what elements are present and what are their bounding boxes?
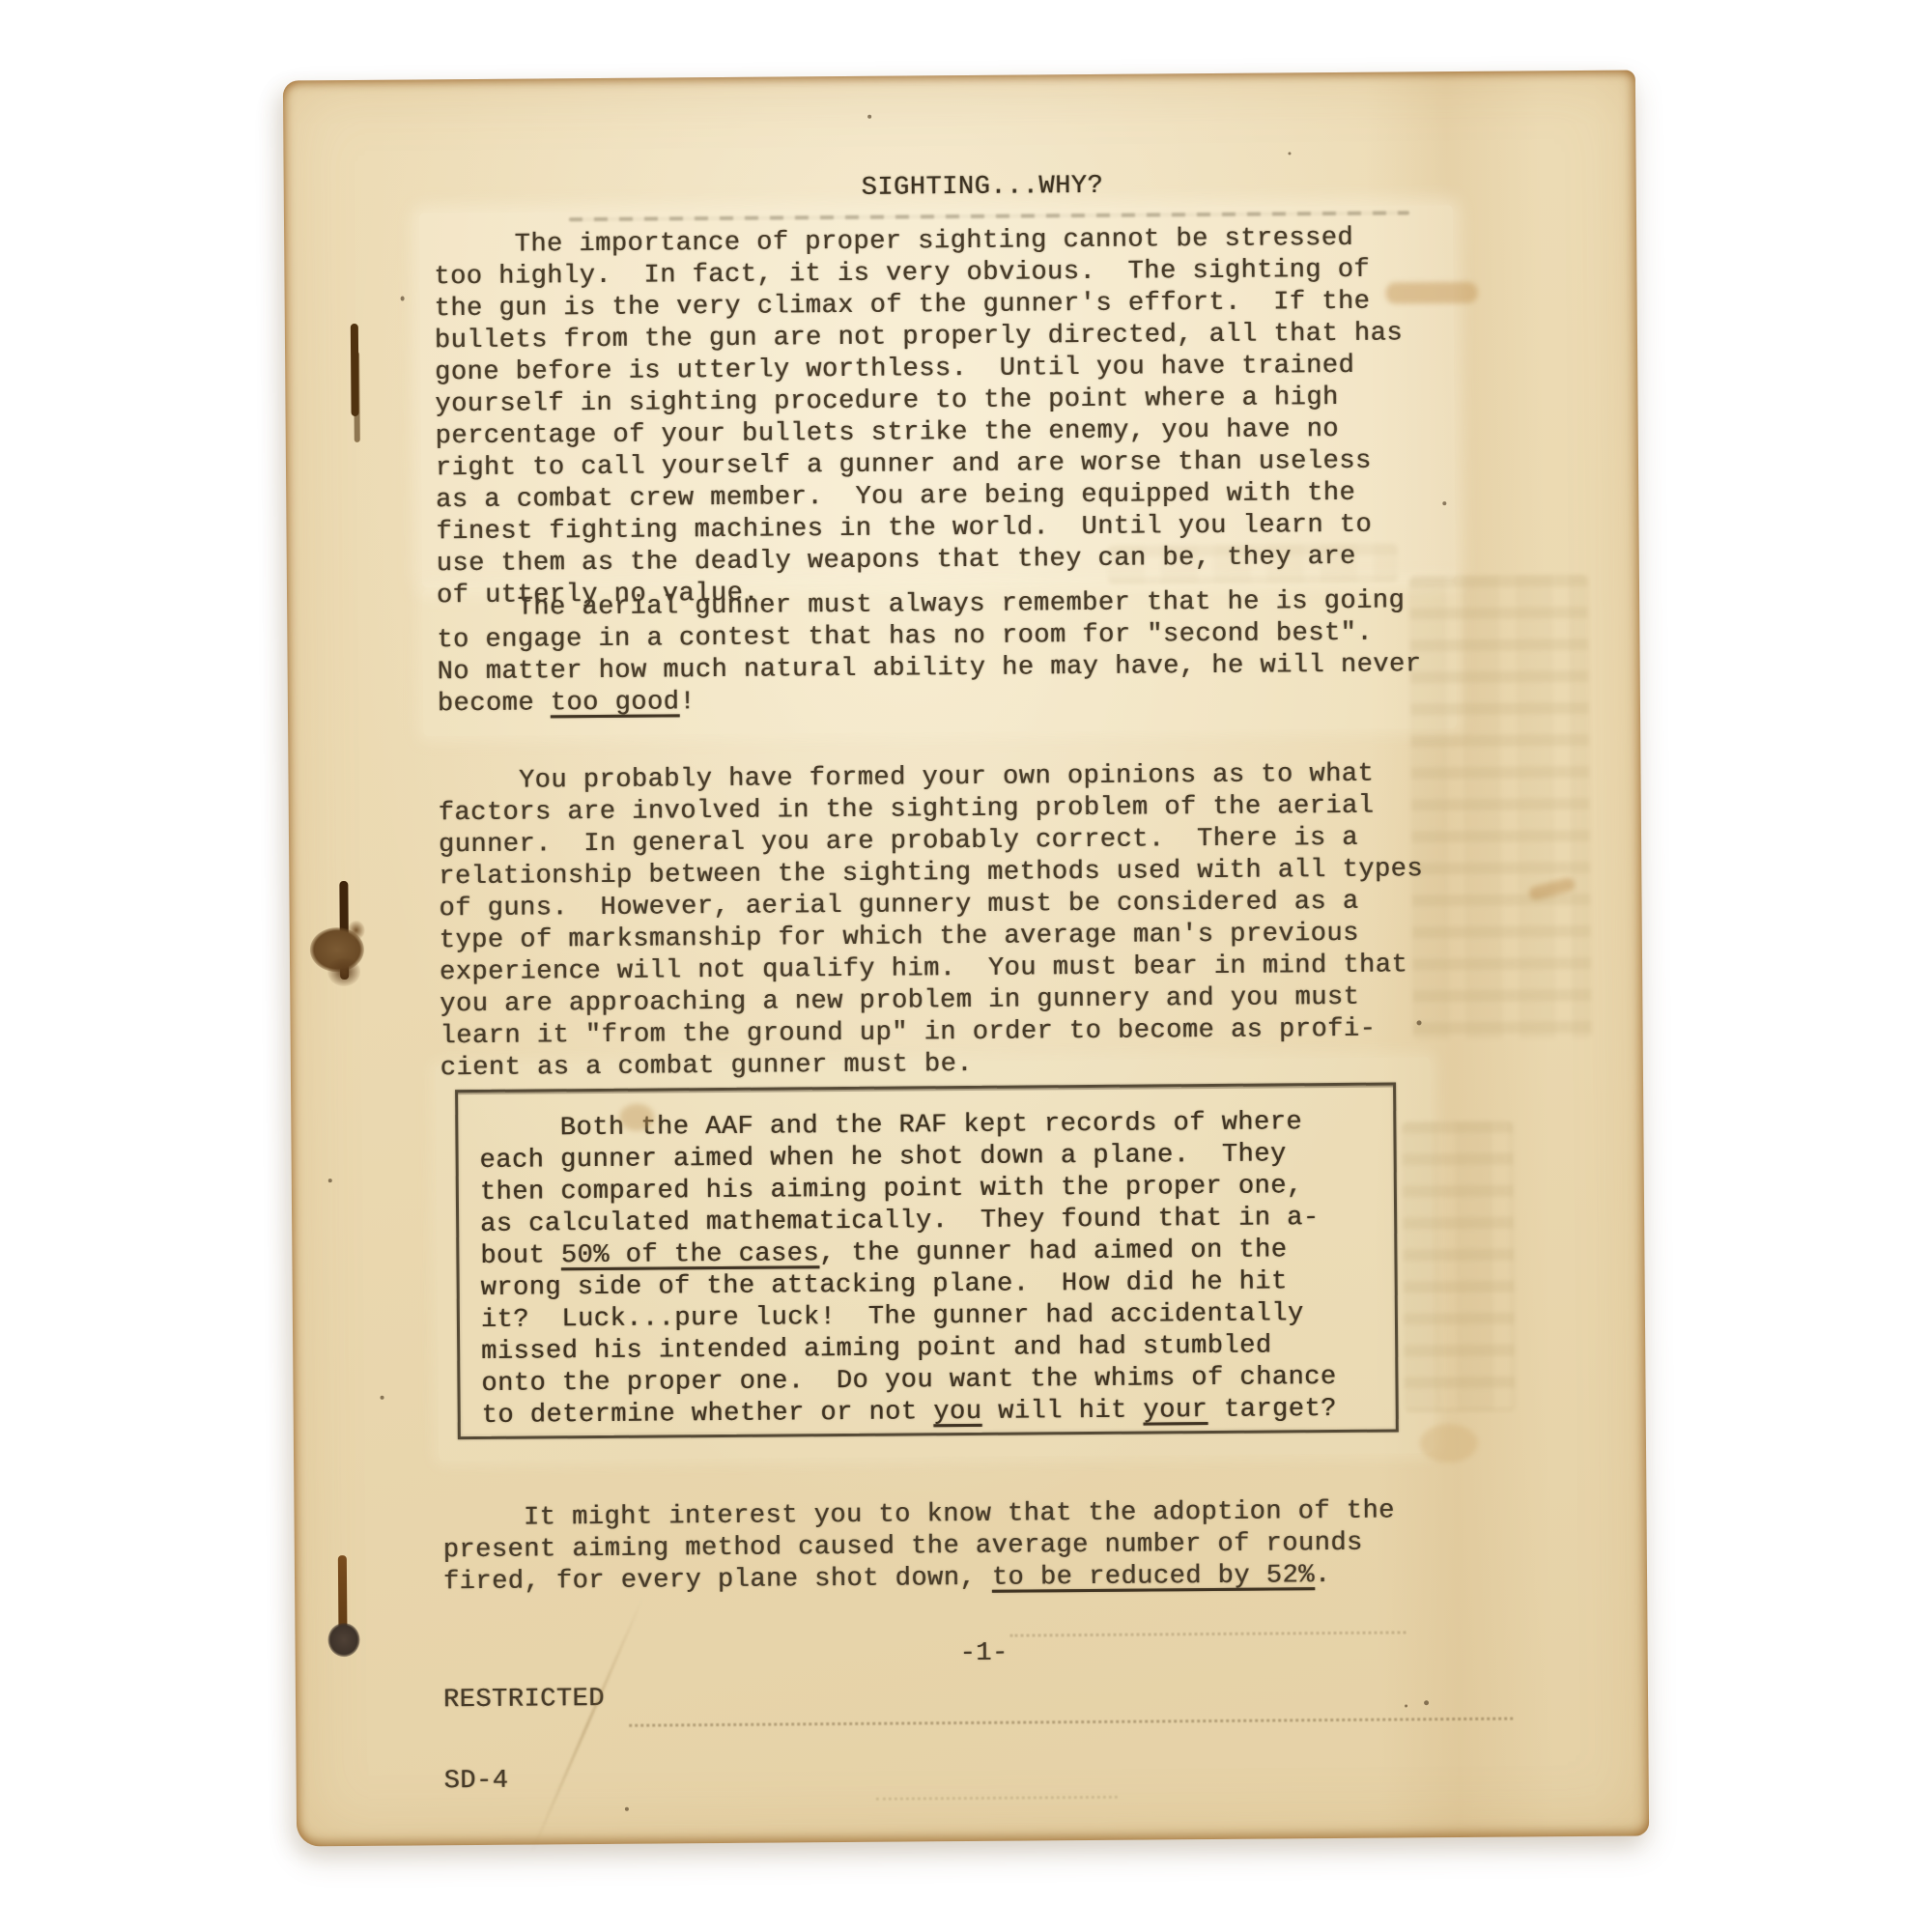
- stain: [619, 1104, 654, 1131]
- speck: [625, 1807, 629, 1811]
- page-number: -1-: [960, 1638, 1009, 1670]
- classification-marking: RESTRICTED: [443, 1684, 605, 1717]
- paragraph-5: It might interest you to know that the a…: [442, 1496, 1395, 1600]
- speck: [1288, 152, 1291, 155]
- paragraph-1: The importance of proper sighting cannot…: [434, 222, 1405, 612]
- rust-stain: [348, 921, 365, 940]
- speck: [1417, 1020, 1422, 1025]
- stain: [1386, 282, 1478, 304]
- rust-stain: [327, 1623, 359, 1657]
- bleedthrough-dotted-line: [876, 1796, 1118, 1801]
- ink-smudge-line: [569, 211, 1409, 221]
- paragraph-4-boxed: Both the AAF and the RAF kept records of…: [479, 1107, 1337, 1433]
- speck: [1424, 1700, 1429, 1705]
- speck: [328, 1179, 332, 1182]
- bleedthrough-text-ghost: [1409, 575, 1592, 1039]
- speck: [867, 115, 871, 119]
- speck: [381, 1396, 384, 1400]
- highlight-box: Both the AAF and the RAF kept records of…: [455, 1083, 1399, 1440]
- paragraph-3: You probably have formed your own opinio…: [438, 758, 1424, 1085]
- document-page: SIGHTING...WHY? The importance of proper…: [283, 71, 1649, 1847]
- speck: [401, 297, 405, 301]
- speck: [1405, 1704, 1407, 1707]
- bleedthrough-dotted-line: [629, 1718, 1513, 1727]
- paper-crease: [529, 1597, 644, 1855]
- text-line: fired, for every plane shot down, to be …: [443, 1560, 1396, 1600]
- text-line: become too good!: [438, 681, 1422, 721]
- document-code: SD-4: [444, 1766, 509, 1799]
- stain: [1420, 1424, 1478, 1463]
- photo-background: SIGHTING...WHY? The importance of proper…: [0, 0, 1932, 1932]
- staple-top: [351, 324, 359, 416]
- speck: [1442, 501, 1446, 505]
- document-title: SIGHTING...WHY?: [862, 171, 1104, 205]
- bleedthrough-dotted-line: [1009, 1631, 1406, 1636]
- text-line: to determine whether or not you will hit…: [482, 1394, 1337, 1433]
- rust-stain: [327, 957, 360, 986]
- text-line: cient as a combat gunner must be.: [440, 1045, 1425, 1085]
- paragraph-2: The aerial gunner must always remember t…: [437, 585, 1422, 721]
- bleedthrough-text-ghost: [1402, 1122, 1515, 1412]
